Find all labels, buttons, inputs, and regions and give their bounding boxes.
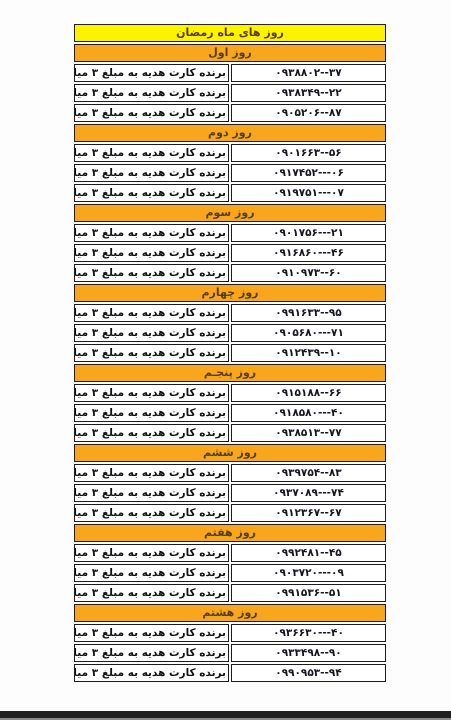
winner-prize-cell: برنده کارت هدیه به مبلغ ۳ میلیون ریال [74,84,229,102]
day-header-1: روز اول [74,44,386,62]
winner-prize-cell: برنده کارت هدیه به مبلغ ۳ میلیون ریال [74,304,229,322]
winner-number-cell: ۰۹۰۱۷۵۶---۲۱ [231,224,386,242]
photo-bottom-edge [0,711,451,720]
day-header-8: روز هشتم [74,604,386,622]
day-header-3: روز سوم [74,204,386,222]
day-header-4: روز چهارم [74,284,386,302]
winner-prize-cell: برنده کارت هدیه به مبلغ ۳ میلیون ریال [74,564,229,582]
winner-row: ۰۹۳۹۷۵۴--۸۳ برنده کارت هدیه به مبلغ ۳ می… [74,464,386,482]
winner-prize-cell: برنده کارت هدیه به مبلغ ۳ میلیون ریال [74,164,229,182]
winner-number-cell: ۰۹۰۱۶۶۳--۵۶ [231,144,386,162]
winner-number-cell: ۰۹۱۸۵۸۰---۴۰ [231,404,386,422]
winner-row: ۰۹۱۵۱۸۸--۶۶ برنده کارت هدیه به مبلغ ۳ می… [74,384,386,402]
winner-prize-cell: برنده کارت هدیه به مبلغ ۳ میلیون ریال [74,404,229,422]
winner-row: ۰۹۳۸۸۰۲--۳۷ برنده کارت هدیه به مبلغ ۳ می… [74,64,386,82]
winner-prize-cell: برنده کارت هدیه به مبلغ ۳ میلیون ریال [74,664,229,682]
winner-number-cell: ۰۹۹۱۵۳۶--۵۱ [231,584,386,602]
winner-prize-cell: برنده کارت هدیه به مبلغ ۳ میلیون ریال [74,344,229,362]
winner-row: ۰۹۹۱۵۳۶--۵۱ برنده کارت هدیه به مبلغ ۳ می… [74,584,386,602]
winner-row: ۰۹۱۷۴۵۲---۰۶ برنده کارت هدیه به مبلغ ۳ م… [74,164,386,182]
winner-number-cell: ۰۹۹۲۴۸۱--۴۵ [231,544,386,562]
winner-number-cell: ۰۹۱۶۸۶۰---۴۶ [231,244,386,262]
winner-prize-cell: برنده کارت هدیه به مبلغ ۳ میلیون ریال [74,104,229,122]
winner-row: ۰۹۱۸۵۸۰---۴۰ برنده کارت هدیه به مبلغ ۳ م… [74,404,386,422]
winner-row: ۰۹۱۲۴۳۹--۱۰ برنده کارت هدیه به مبلغ ۳ می… [74,344,386,362]
winner-row: ۰۹۳۸۵۱۳--۷۷ برنده کارت هدیه به مبلغ ۳ می… [74,424,386,442]
day-header-row-6: روز ششم [74,444,386,462]
winner-row: ۰۹۱۲۳۶۷--۶۷ برنده کارت هدیه به مبلغ ۳ می… [74,504,386,522]
day-header-6: روز ششم [74,444,386,462]
winner-row: ۰۹۰۵۲۰۶--۸۷ برنده کارت هدیه به مبلغ ۳ می… [74,104,386,122]
winner-prize-cell: برنده کارت هدیه به مبلغ ۳ میلیون ریال [74,624,229,642]
day-header-2: روز دوم [74,124,386,142]
winner-prize-cell: برنده کارت هدیه به مبلغ ۳ میلیون ریال [74,644,229,662]
winner-prize-cell: برنده کارت هدیه به مبلغ ۳ میلیون ریال [74,544,229,562]
day-header-5: روز پنجـم [74,364,386,382]
winner-number-cell: ۰۹۰۵۶۸۰---۷۱ [231,324,386,342]
winner-row: ۰۹۹۰۹۵۳--۹۴ برنده کارت هدیه به مبلغ ۳ می… [74,664,386,682]
day-header-row-5: روز پنجـم [74,364,386,382]
winner-number-cell: ۰۹۹۰۹۵۳--۹۴ [231,664,386,682]
winner-prize-cell: برنده کارت هدیه به مبلغ ۳ میلیون ریال [74,324,229,342]
winner-row: ۰۹۳۶۶۳۰---۴۰ برنده کارت هدیه به مبلغ ۳ م… [74,624,386,642]
winner-number-cell: ۰۹۱۲۳۶۷--۶۷ [231,504,386,522]
winner-row: ۰۹۹۱۶۳۳--۹۵ برنده کارت هدیه به مبلغ ۳ می… [74,304,386,322]
table-title: روز های ماه رمضان [74,24,386,42]
winner-row: ۰۹۰۱۷۵۶---۲۱ برنده کارت هدیه به مبلغ ۳ م… [74,224,386,242]
winner-prize-cell: برنده کارت هدیه به مبلغ ۳ میلیون ریال [74,424,229,442]
winner-number-cell: ۰۹۱۰۹۷۳--۶۰ [231,264,386,282]
day-header-row-4: روز چهارم [74,284,386,302]
winner-prize-cell: برنده کارت هدیه به مبلغ ۳ میلیون ریال [74,144,229,162]
winner-number-cell: ۰۹۳۸۳۴۹--۲۲ [231,84,386,102]
table-title-row: روز های ماه رمضان [74,24,386,42]
day-header-row-1: روز اول [74,44,386,62]
winner-number-cell: ۰۹۳۳۴۹۸--۹۰ [231,644,386,662]
winner-prize-cell: برنده کارت هدیه به مبلغ ۳ میلیون ریال [74,244,229,262]
winner-row: ۰۹۱۰۹۷۳--۶۰ برنده کارت هدیه به مبلغ ۳ می… [74,264,386,282]
winner-prize-cell: برنده کارت هدیه به مبلغ ۳ میلیون ریال [74,384,229,402]
winner-prize-cell: برنده کارت هدیه به مبلغ ۳ میلیون ریال [74,64,229,82]
winner-prize-cell: برنده کارت هدیه به مبلغ ۳ میلیون ریال [74,184,229,202]
winner-row: ۰۹۹۲۴۸۱--۴۵ برنده کارت هدیه به مبلغ ۳ می… [74,544,386,562]
day-header-row-2: روز دوم [74,124,386,142]
winner-number-cell: ۰۹۹۱۶۳۳--۹۵ [231,304,386,322]
winner-prize-cell: برنده کارت هدیه به مبلغ ۳ میلیون ریال [74,224,229,242]
winner-row: ۰۹۱۶۸۶۰---۴۶ برنده کارت هدیه به مبلغ ۳ م… [74,244,386,262]
winner-row: ۰۹۳۳۴۹۸--۹۰ برنده کارت هدیه به مبلغ ۳ می… [74,644,386,662]
winner-number-cell: ۰۹۳۸۸۰۲--۳۷ [231,64,386,82]
winner-number-cell: ۰۹۳۶۶۳۰---۴۰ [231,624,386,642]
winner-number-cell: ۰۹۱۹۷۵۱---۰۷ [231,184,386,202]
day-header-row-3: روز سوم [74,204,386,222]
winner-row: ۰۹۰۳۷۲۰---۰۹ برنده کارت هدیه به مبلغ ۳ م… [74,564,386,582]
winner-number-cell: ۰۹۱۵۱۸۸--۶۶ [231,384,386,402]
winner-prize-cell: برنده کارت هدیه به مبلغ ۳ میلیون ریال [74,504,229,522]
winner-prize-cell: برنده کارت هدیه به مبلغ ۳ میلیون ریال [74,264,229,282]
winner-number-cell: ۰۹۱۲۴۳۹--۱۰ [231,344,386,362]
winner-number-cell: ۰۹۳۸۵۱۳--۷۷ [231,424,386,442]
day-header-row-7: روز هفتم [74,524,386,542]
winner-row: ۰۹۰۱۶۶۳--۵۶ برنده کارت هدیه به مبلغ ۳ می… [74,144,386,162]
winner-row: ۰۹۰۵۶۸۰---۷۱ برنده کارت هدیه به مبلغ ۳ م… [74,324,386,342]
winner-prize-cell: برنده کارت هدیه به مبلغ ۳ میلیون ریال [74,584,229,602]
winner-number-cell: ۰۹۰۳۷۲۰---۰۹ [231,564,386,582]
winner-number-cell: ۰۹۱۷۴۵۲---۰۶ [231,164,386,182]
ramadan-winners-sheet: روز های ماه رمضان روز اول ۰۹۳۸۸۰۲--۳۷ بر… [0,0,451,720]
winner-row: ۰۹۱۹۷۵۱---۰۷ برنده کارت هدیه به مبلغ ۳ م… [74,184,386,202]
day-header-row-8: روز هشتم [74,604,386,622]
winner-row: ۰۹۳۷۰۸۹---۷۴ برنده کارت هدیه به مبلغ ۳ م… [74,484,386,502]
day-header-7: روز هفتم [74,524,386,542]
winner-row: ۰۹۳۸۳۴۹--۲۲ برنده کارت هدیه به مبلغ ۳ می… [74,84,386,102]
winners-table: روز های ماه رمضان روز اول ۰۹۳۸۸۰۲--۳۷ بر… [72,22,388,684]
winner-number-cell: ۰۹۳۹۷۵۴--۸۳ [231,464,386,482]
winner-number-cell: ۰۹۰۵۲۰۶--۸۷ [231,104,386,122]
winner-prize-cell: برنده کارت هدیه به مبلغ ۳ میلیون ریال [74,484,229,502]
winner-prize-cell: برنده کارت هدیه به مبلغ ۳ میلیون ریال [74,464,229,482]
winner-number-cell: ۰۹۳۷۰۸۹---۷۴ [231,484,386,502]
